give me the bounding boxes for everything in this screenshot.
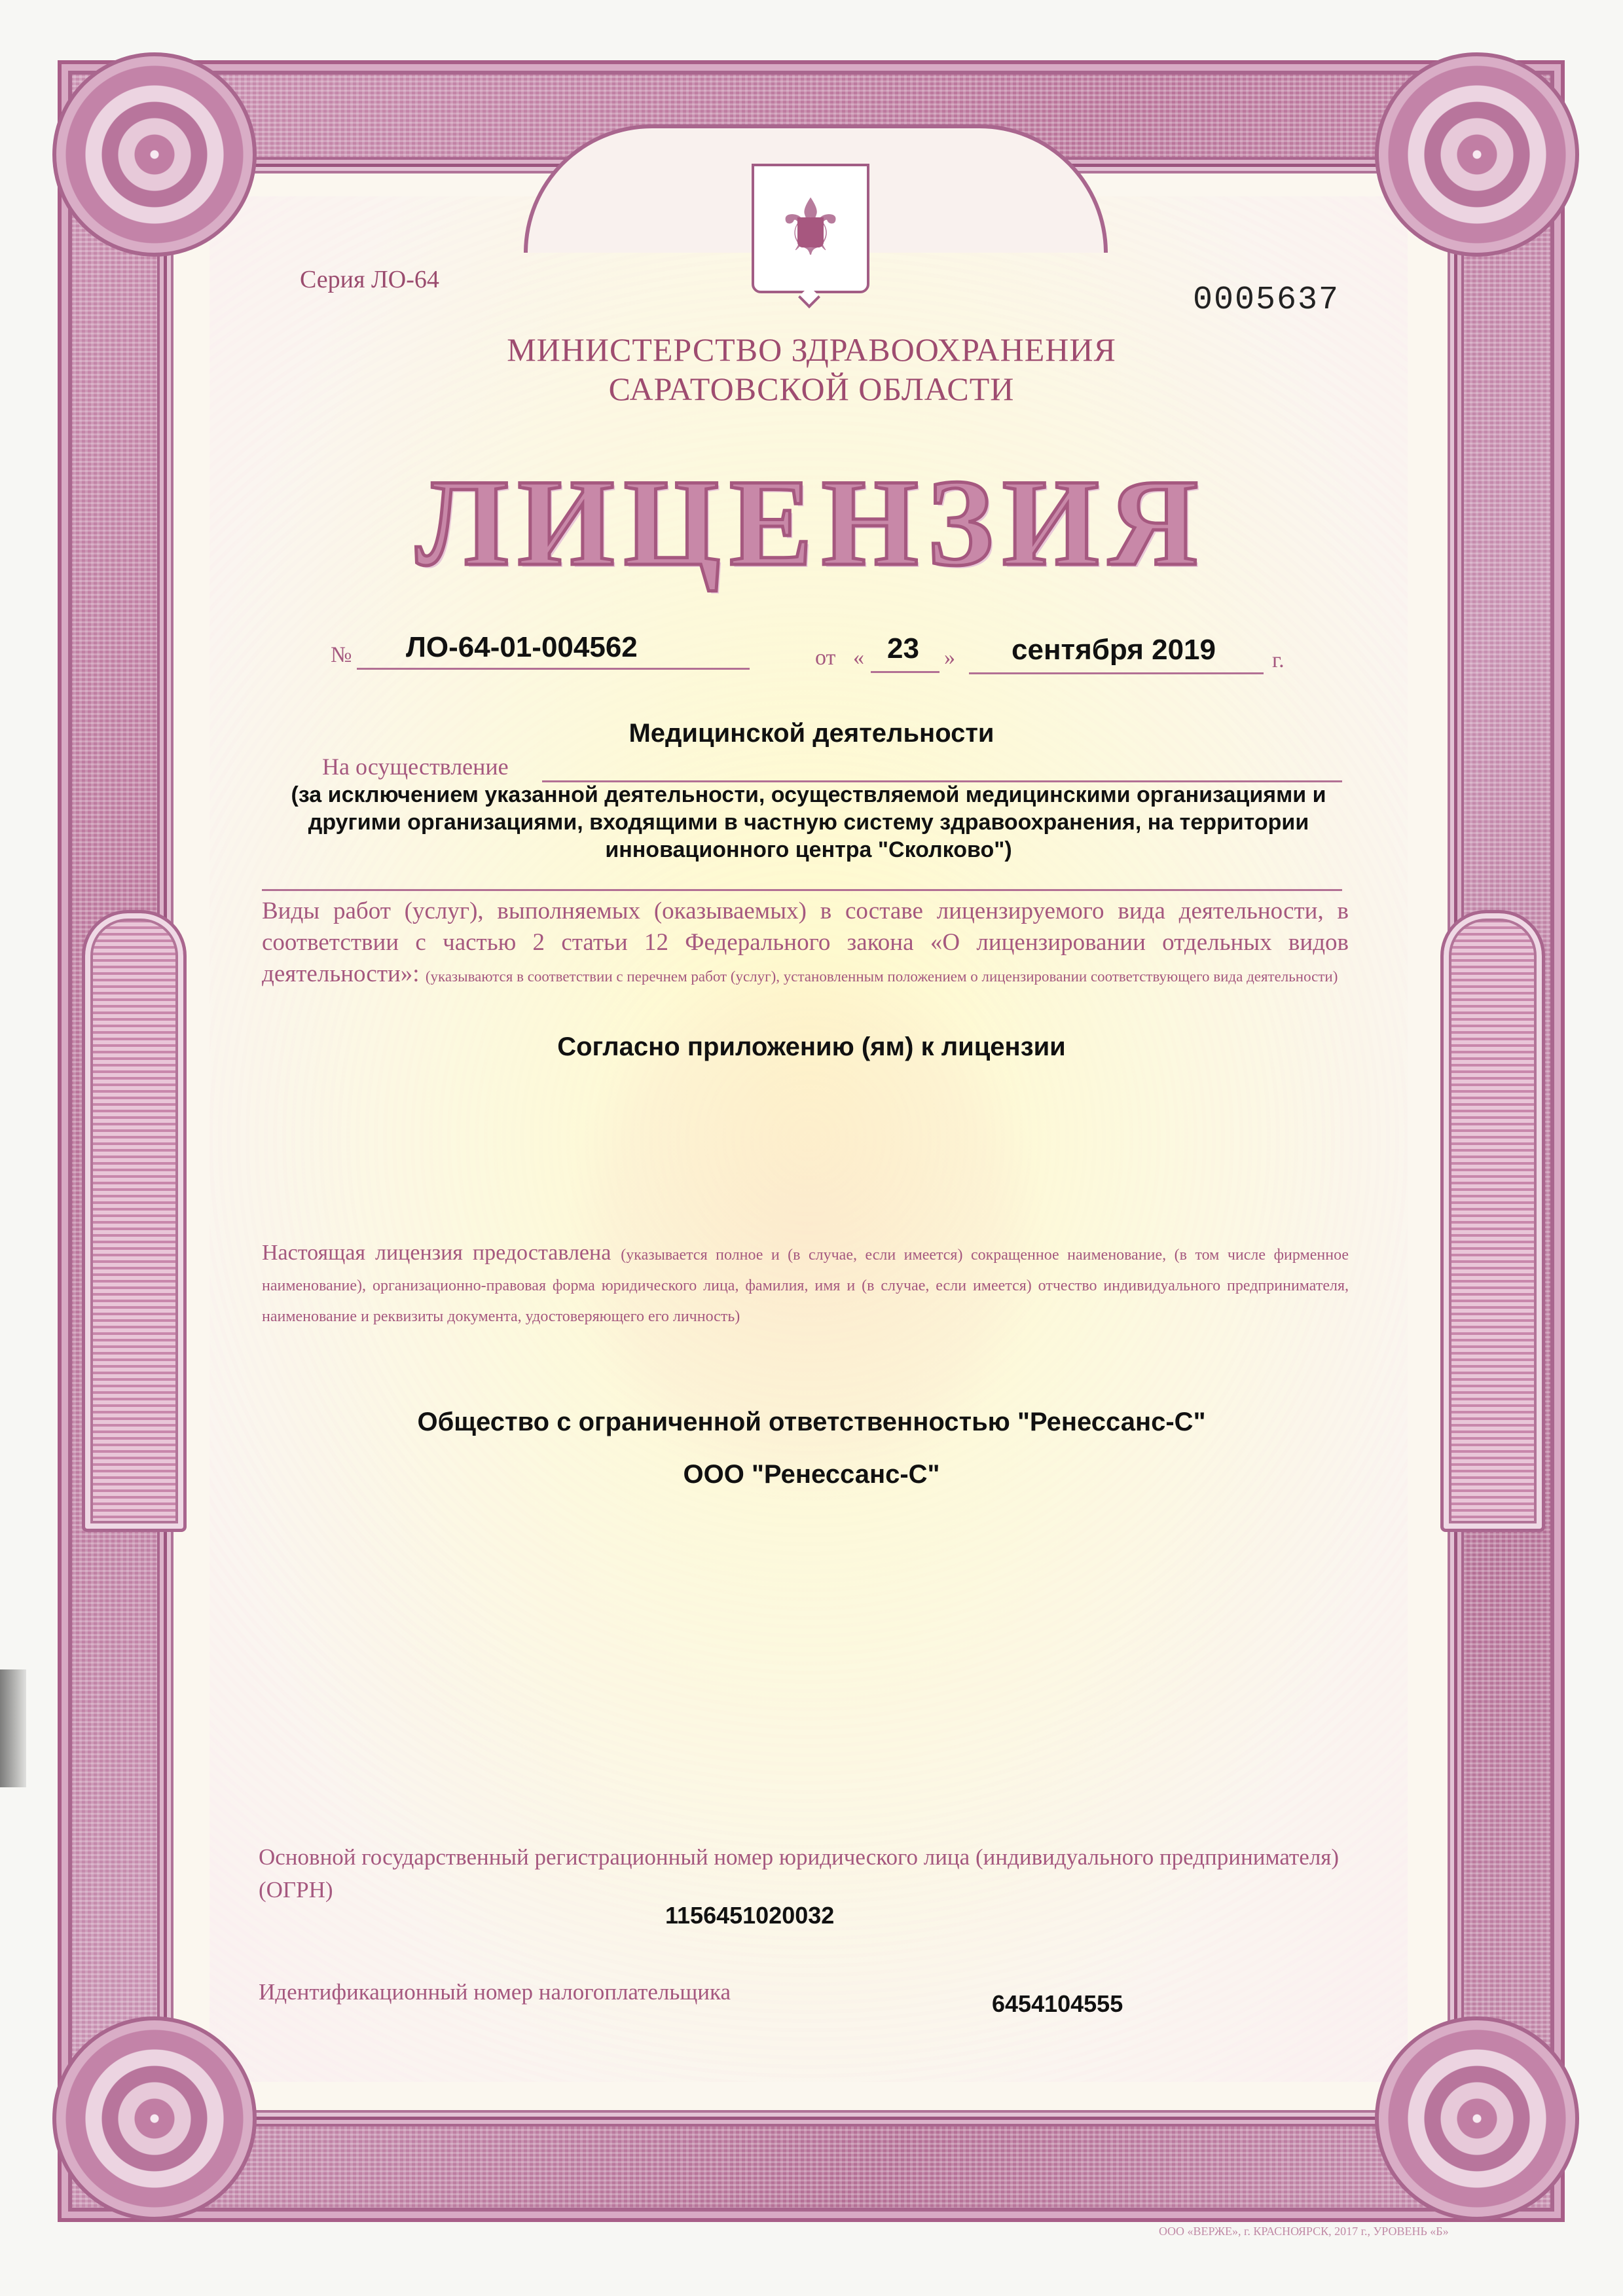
licensee-short-name: ООО "Ренессанс-С" — [0, 1460, 1623, 1489]
quote-open: « — [853, 646, 864, 670]
licensee-section: Настоящая лицензия предоставлена (указыв… — [262, 1239, 1349, 1331]
works-value: Согласно приложению (ям) к лицензии — [0, 1032, 1623, 1062]
licensee-label: Настоящая лицензия предоставлена — [262, 1241, 611, 1265]
licensed-activity: Медицинской деятельности — [0, 719, 1623, 748]
inn-label: Идентификационный номер налогоплательщик… — [259, 1979, 731, 2005]
license-day: 23 — [887, 632, 919, 665]
year-suffix: г. — [1272, 648, 1285, 673]
corner-rosette-icon — [1375, 2016, 1579, 2221]
date-prefix: от — [815, 646, 835, 670]
day-underline — [871, 671, 939, 673]
corner-rosette-icon — [52, 52, 257, 257]
corner-rosette-icon — [1375, 52, 1579, 257]
activity-label: На осуществление — [322, 753, 509, 780]
activity-separator — [262, 889, 1342, 891]
issuer-line-2: САРАТОВСКОЙ ОБЛАСТИ — [0, 370, 1623, 408]
left-pillar-ornament — [82, 910, 187, 1532]
number-label: № — [331, 643, 352, 668]
works-hint: (указываются в соответствии с перечнем р… — [426, 968, 1338, 985]
license-month-year: сентября 2019 — [1012, 634, 1216, 666]
ogrn-value: 1156451020032 — [665, 1902, 834, 1929]
right-pillar-ornament — [1440, 910, 1545, 1532]
series-label: Серия ЛО-64 — [300, 265, 439, 294]
printer-imprint: ООО «ВЕРЖЕ», г. КРАСНОЯРСК, 2017 г., УРО… — [1159, 2225, 1449, 2238]
works-section: Виды работ (услуг), выполняемых (оказыва… — [262, 896, 1349, 990]
shield-icon — [797, 217, 824, 247]
corner-rosette-icon — [52, 2016, 257, 2221]
activity-description: (за исключением указанной деятельности, … — [262, 781, 1355, 864]
ogrn-label: Основной государственный регистрационный… — [259, 1841, 1345, 1906]
coat-of-arms-icon: ⚜ — [752, 164, 869, 293]
number-underline — [357, 668, 750, 670]
document-title: ЛИЦЕНЗИЯ — [0, 452, 1623, 594]
inn-value: 6454104555 — [992, 1990, 1123, 2018]
quote-close: » — [944, 646, 955, 670]
month-underline — [969, 672, 1264, 674]
licensee-full-name: Общество с ограниченной ответственностью… — [0, 1408, 1623, 1437]
license-number: ЛО-64-01-004562 — [406, 631, 638, 664]
scan-artifact — [0, 1669, 26, 1787]
issuer-line-1: МИНИСТЕРСТВО ЗДРАВООХРАНЕНИЯ — [0, 331, 1623, 369]
license-page: ⚜ Серия ЛО-64 0005637 МИНИСТЕРСТВО ЗДРАВ… — [0, 0, 1623, 2296]
serial-number: 0005637 — [1193, 282, 1340, 319]
